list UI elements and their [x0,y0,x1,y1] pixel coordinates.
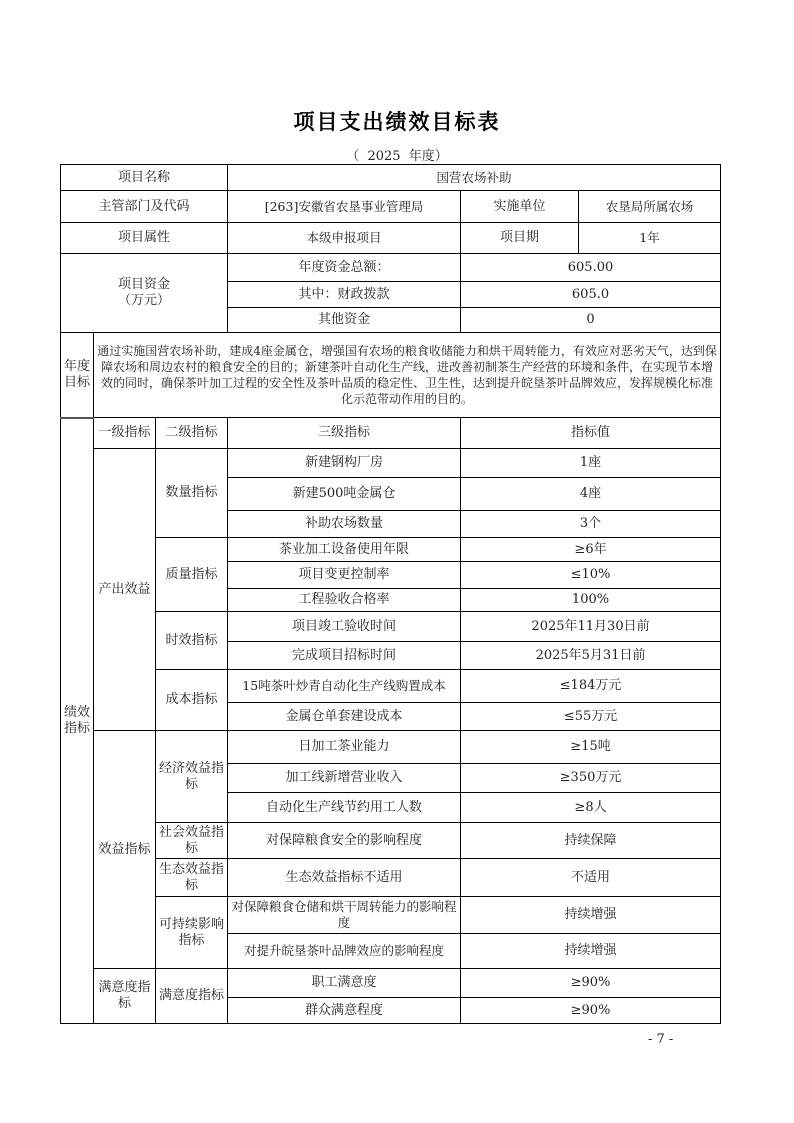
indicator-value: ≥90% [461,969,721,998]
indicator-value: ≥8人 [461,793,721,823]
funding-label-line1: 项目资金 [63,277,225,293]
indicator-value: ≥90% [461,998,721,1024]
table-row: 社会效益指标 对保障粮食安全的影响程度 持续保障 [61,823,721,859]
funding-total-label: 年度资金总额： [228,254,461,282]
level2-cost: 成本指标 [156,670,228,731]
project-period-label: 项目期 [461,223,579,254]
row-indicator-header: 绩效指标 一级指标 二级指标 三级指标 指标值 [61,418,721,449]
funding-fiscal-value: 605.0 [461,282,721,308]
department-label: 主管部门及代码 [61,191,228,223]
indicator-name: 日加工茶业能力 [228,731,461,764]
implementing-unit-value: 农垦局所属农场 [579,191,721,223]
row-project-name: 项目名称 国营农场补助 [61,165,721,191]
table-row: 成本指标 15吨茶叶炒青自动化生产线购置成本 ≤184万元 [61,670,721,703]
project-period-value: 1年 [579,223,721,254]
indicator-value: ≥6年 [461,538,721,562]
indicator-name: 工程验收合格率 [228,589,461,612]
indicator-value: 持续保障 [461,823,721,859]
indicator-name: 加工线新增营业收入 [228,764,461,793]
indicator-name: 补助农场数量 [228,511,461,538]
table-row: 产出效益 数量指标 新建钢构厂房 1座 [61,449,721,478]
table-row: 效益指标 经济效益指标 日加工茶业能力 ≥15吨 [61,731,721,764]
row-funding-total: 项目资金 （万元） 年度资金总额： 605.00 [61,254,721,282]
indicator-name: 完成项目招标时间 [228,642,461,670]
indicator-value: 持续增强 [461,897,721,934]
row-project-attribute: 项目属性 本级申报项目 项目期 1年 [61,223,721,254]
header-level2: 二级指标 [156,418,228,449]
table-row: 时效指标 项目竣工验收时间 2025年11月30日前 [61,612,721,642]
indicator-value: ≥350万元 [461,764,721,793]
indicator-name: 群众满意程度 [228,998,461,1024]
level1-benefit: 效益指标 [94,731,156,969]
annual-goal-text: 通过实施国营农场补助，建成4座金属仓，增强国有农场的粮食收储能力和烘干周转能力，… [94,333,721,418]
indicator-value: ≤184万元 [461,670,721,703]
project-name-value: 国营农场补助 [228,165,721,191]
indicator-value: ≤10% [461,562,721,589]
funding-total-value: 605.00 [461,254,721,282]
table-row: 生态效益指标 生态效益指标不适用 不适用 [61,859,721,897]
implementing-unit-label: 实施单位 [461,191,579,223]
indicator-name: 新建500吨金属仓 [228,478,461,511]
department-value: [263]安徽省农垦事业管理局 [228,191,461,223]
indicator-name: 对提升皖垦茶叶品牌效应的影响程度 [228,934,461,969]
level1-output: 产出效益 [94,449,156,731]
indicator-value: 4座 [461,478,721,511]
indicator-value: 3个 [461,511,721,538]
funding-label: 项目资金 （万元） [61,254,228,333]
level2-satisfaction: 满意度指标 [156,969,228,1024]
indicator-name: 15吨茶叶炒青自动化生产线购置成本 [228,670,461,703]
performance-indicator-label: 绩效指标 [61,418,94,1024]
performance-target-table: 项目名称 国营农场补助 主管部门及代码 [263]安徽省农垦事业管理局 实施单位… [60,164,721,1024]
table-row: 满意度指标 满意度指标 职工满意度 ≥90% [61,969,721,998]
indicator-name: 对保障粮食仓储和烘干周转能力的影响程度 [228,897,461,934]
row-annual-goal: 年度目标 通过实施国营农场补助，建成4座金属仓，增强国有农场的粮食收储能力和烘干… [61,333,721,418]
indicator-value: ≤55万元 [461,703,721,731]
indicator-name: 职工满意度 [228,969,461,998]
funding-fiscal-label: 其中：财政拨款 [228,282,461,308]
table-row: 质量指标 茶业加工设备使用年限 ≥6年 [61,538,721,562]
indicator-value: 1座 [461,449,721,478]
indicator-name: 项目变更控制率 [228,562,461,589]
header-level1: 一级指标 [94,418,156,449]
indicator-value: ≥15吨 [461,731,721,764]
row-department: 主管部门及代码 [263]安徽省农垦事业管理局 实施单位 农垦局所属农场 [61,191,721,223]
indicator-value: 2025年5月31日前 [461,642,721,670]
annual-goal-label: 年度目标 [61,333,94,418]
level2-economic: 经济效益指标 [156,731,228,823]
funding-other-label: 其他资金 [228,308,461,333]
indicator-name: 项目竣工验收时间 [228,612,461,642]
level2-timeliness: 时效指标 [156,612,228,670]
level1-satisfaction: 满意度指标 [94,969,156,1024]
level2-social: 社会效益指标 [156,823,228,859]
indicator-value: 持续增强 [461,934,721,969]
indicator-value: 2025年11月30日前 [461,612,721,642]
indicator-name: 新建钢构厂房 [228,449,461,478]
indicator-value: 100% [461,589,721,612]
level2-ecological: 生态效益指标 [156,859,228,897]
document-year: （ 2025 年度） [0,145,794,164]
indicator-name: 对保障粮食安全的影响程度 [228,823,461,859]
funding-other-value: 0 [461,308,721,333]
header-value: 指标值 [461,418,721,449]
level2-quantity: 数量指标 [156,449,228,538]
indicator-name: 金属仓单套建设成本 [228,703,461,731]
project-attribute-value: 本级申报项目 [228,223,461,254]
indicator-name: 自动化生产线节约用工人数 [228,793,461,823]
indicator-name: 茶业加工设备使用年限 [228,538,461,562]
project-attribute-label: 项目属性 [61,223,228,254]
level2-sustainable: 可持续影响指标 [156,897,228,969]
indicator-value: 不适用 [461,859,721,897]
funding-label-line2: （万元） [63,293,225,309]
page-number: - 7 - [648,1032,673,1047]
table-row: 可持续影响指标 对保障粮食仓储和烘干周转能力的影响程度 持续增强 [61,897,721,934]
header-level3: 三级指标 [228,418,461,449]
document-title: 项目支出绩效目标表 [0,106,794,136]
indicator-name: 生态效益指标不适用 [228,859,461,897]
project-name-label: 项目名称 [61,165,228,191]
level2-quality: 质量指标 [156,538,228,612]
